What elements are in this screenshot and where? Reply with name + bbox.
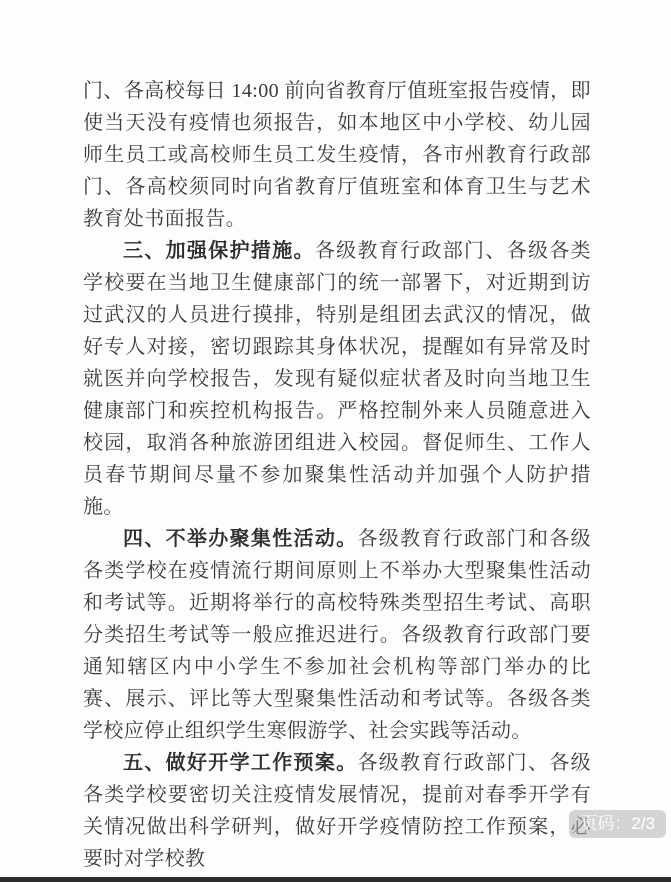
paragraph: 门、各高校每日 14:00 前向省教育厅值班室报告疫情，即使当天没有疫情也须报告…	[83, 75, 591, 235]
paragraph-heading: 四、不举办聚集性活动。	[123, 528, 357, 550]
paragraph-heading: 五、做好开学工作预案。	[123, 752, 357, 774]
paragraph: 四、不举办聚集性活动。各级教育行政部门和各级各类学校在疫情流行期间原则上不举办大…	[83, 523, 591, 747]
paragraph: 五、做好开学工作预案。各级教育行政部门、各级各类学校要密切关注疫情发展情况，提前…	[83, 747, 591, 875]
window-bottom-edge	[0, 877, 671, 882]
paragraph-text: 门、各高校每日 14:00 前向省教育厅值班室报告疫情，即使当天没有疫情也须报告…	[83, 80, 591, 230]
page-number-badge: 页码：2/3	[569, 810, 666, 838]
paragraph-heading: 三、加强保护措施。	[123, 240, 315, 262]
paragraph-text: 各级教育行政部门、各级各类学校要在当地卫生健康部门的统一部署下，对近期到访过武汉…	[83, 240, 591, 518]
document-viewer: 门、各高校每日 14:00 前向省教育厅值班室报告疫情，即使当天没有疫情也须报告…	[0, 0, 671, 882]
paragraph-text: 各级教育行政部门和各级各类学校在疫情流行期间原则上不举办大型聚集性活动和考试等。…	[83, 528, 591, 742]
document-page[interactable]: 门、各高校每日 14:00 前向省教育厅值班室报告疫情，即使当天没有疫情也须报告…	[83, 75, 591, 875]
paragraph: 三、加强保护措施。各级教育行政部门、各级各类学校要在当地卫生健康部门的统一部署下…	[83, 235, 591, 523]
